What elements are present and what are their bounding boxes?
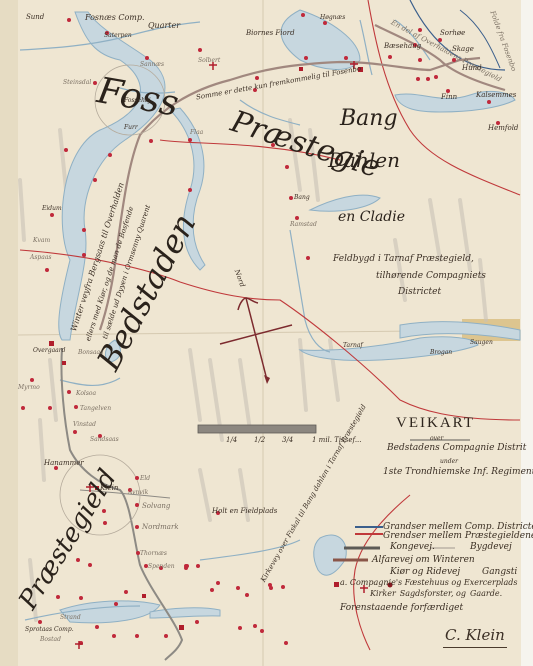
scale-bar	[198, 425, 316, 433]
legend-ridevej: Kiør og Ridevej	[390, 567, 460, 577]
place-label: Sandsaas	[90, 437, 119, 443]
place-label: Strand	[60, 615, 81, 621]
place-label-holt: Holt en Fieldplads	[212, 508, 277, 515]
title-under: under	[440, 459, 458, 465]
legend-parish-border: Grendser mellem Præstegieldene	[383, 531, 533, 541]
place-label: Eidum	[42, 206, 62, 212]
scale-tick: 1/2	[254, 437, 265, 444]
place-label: Ramstad	[290, 222, 317, 228]
signature-underline	[443, 647, 507, 648]
compass	[220, 298, 292, 380]
place-label: Flaa	[190, 130, 203, 136]
place-label: Tangelven	[80, 406, 111, 412]
place-label: Quarter	[148, 22, 180, 30]
place-label: Sprotaas Comp.	[25, 627, 74, 633]
scale-tick: 3/4	[282, 437, 293, 444]
signature: C. Klein	[445, 628, 505, 643]
legend-gangsti: Gangsti	[482, 567, 517, 577]
place-label: Kolsoa	[76, 391, 96, 397]
place-label: Saterpen	[104, 33, 132, 39]
place-label: Bostad	[40, 637, 61, 643]
place-label: Fossehøj	[124, 98, 151, 104]
map-title: VEIKART	[396, 415, 475, 432]
title-over: over	[430, 436, 443, 442]
title-district: Bedstadens Compagnie Distrit	[387, 444, 526, 453]
place-label: Biornes Fiord	[246, 30, 295, 37]
legend-company-house: a. Compagnie's Fæstehuus og Exercerplads	[340, 578, 517, 587]
legend-bygdevej: Bygdevej	[470, 542, 512, 552]
place-label: Avnvik	[128, 490, 148, 496]
place-label: Solbert	[198, 58, 220, 64]
place-label: Spenden	[148, 564, 175, 570]
place-label: Bonsaas	[78, 350, 103, 356]
place-label: Furr	[124, 125, 138, 131]
region-bang: Bang	[340, 108, 398, 130]
place-label: Aspaas	[30, 255, 52, 261]
scale-tick: 1/4	[226, 437, 237, 444]
title-regiment: 1ste Trondhiemske Inf. Regimente.	[383, 468, 533, 477]
place-label: Myrmo	[18, 385, 40, 391]
place-label: Kvam	[33, 238, 50, 244]
place-label: Høgnæs	[320, 15, 345, 21]
annotation-distriet: Districtet	[398, 288, 441, 297]
annotation-fjeldbygd: Feldbygd i Tarnaf Præstegield,	[333, 255, 474, 264]
legend-winter-road: Alfarevej om Winteren	[372, 555, 475, 565]
legend-kongevej: Kongevej.	[390, 542, 435, 552]
place-label: Klein	[100, 485, 118, 492]
place-label: Steinsdal	[63, 80, 91, 86]
place-label: Sannæs	[140, 62, 164, 68]
place-label: Hund	[462, 65, 482, 72]
place-label: Vinstad	[73, 422, 96, 428]
signature-line: Forenstaaende forfærdiget	[340, 604, 463, 613]
place-label: Saugen	[470, 340, 493, 346]
place-label: Hanammer	[44, 460, 84, 467]
place-label: Nordmark	[142, 524, 179, 531]
map-sheet: Foss Præstegie Bang Dahlen en Cladie Bed…	[0, 0, 533, 666]
place-label: Solvang	[142, 503, 170, 510]
region-dahlen: Dahlen	[328, 150, 400, 170]
place-label: Fosnæs Comp.	[85, 14, 145, 22]
place-label: Sund	[26, 14, 44, 21]
legend-churches: KirkerSagdsforster, ogGaarde.	[370, 589, 502, 598]
annotation-tilhorende: tilhørende Compagniets	[376, 272, 486, 281]
place-label: Brogan	[430, 350, 452, 356]
place-label: Sorhøe	[440, 30, 465, 37]
place-label: Thornæs	[140, 551, 167, 557]
place-label: Bæsehaug	[384, 43, 421, 50]
region-cladie: en Cladie	[338, 210, 405, 224]
place-label: Eld	[140, 476, 150, 482]
place-label: Tarnaf	[343, 343, 363, 349]
place-label: Hemfold	[488, 125, 518, 132]
place-label: Skage	[452, 46, 474, 53]
place-label: Finn	[441, 94, 457, 101]
place-label: Bang	[294, 195, 310, 201]
scale-label: 1 mil. Tissef...	[312, 437, 362, 444]
place-label: Overgaard	[33, 348, 65, 354]
place-label: Kalsemmes	[476, 92, 516, 99]
